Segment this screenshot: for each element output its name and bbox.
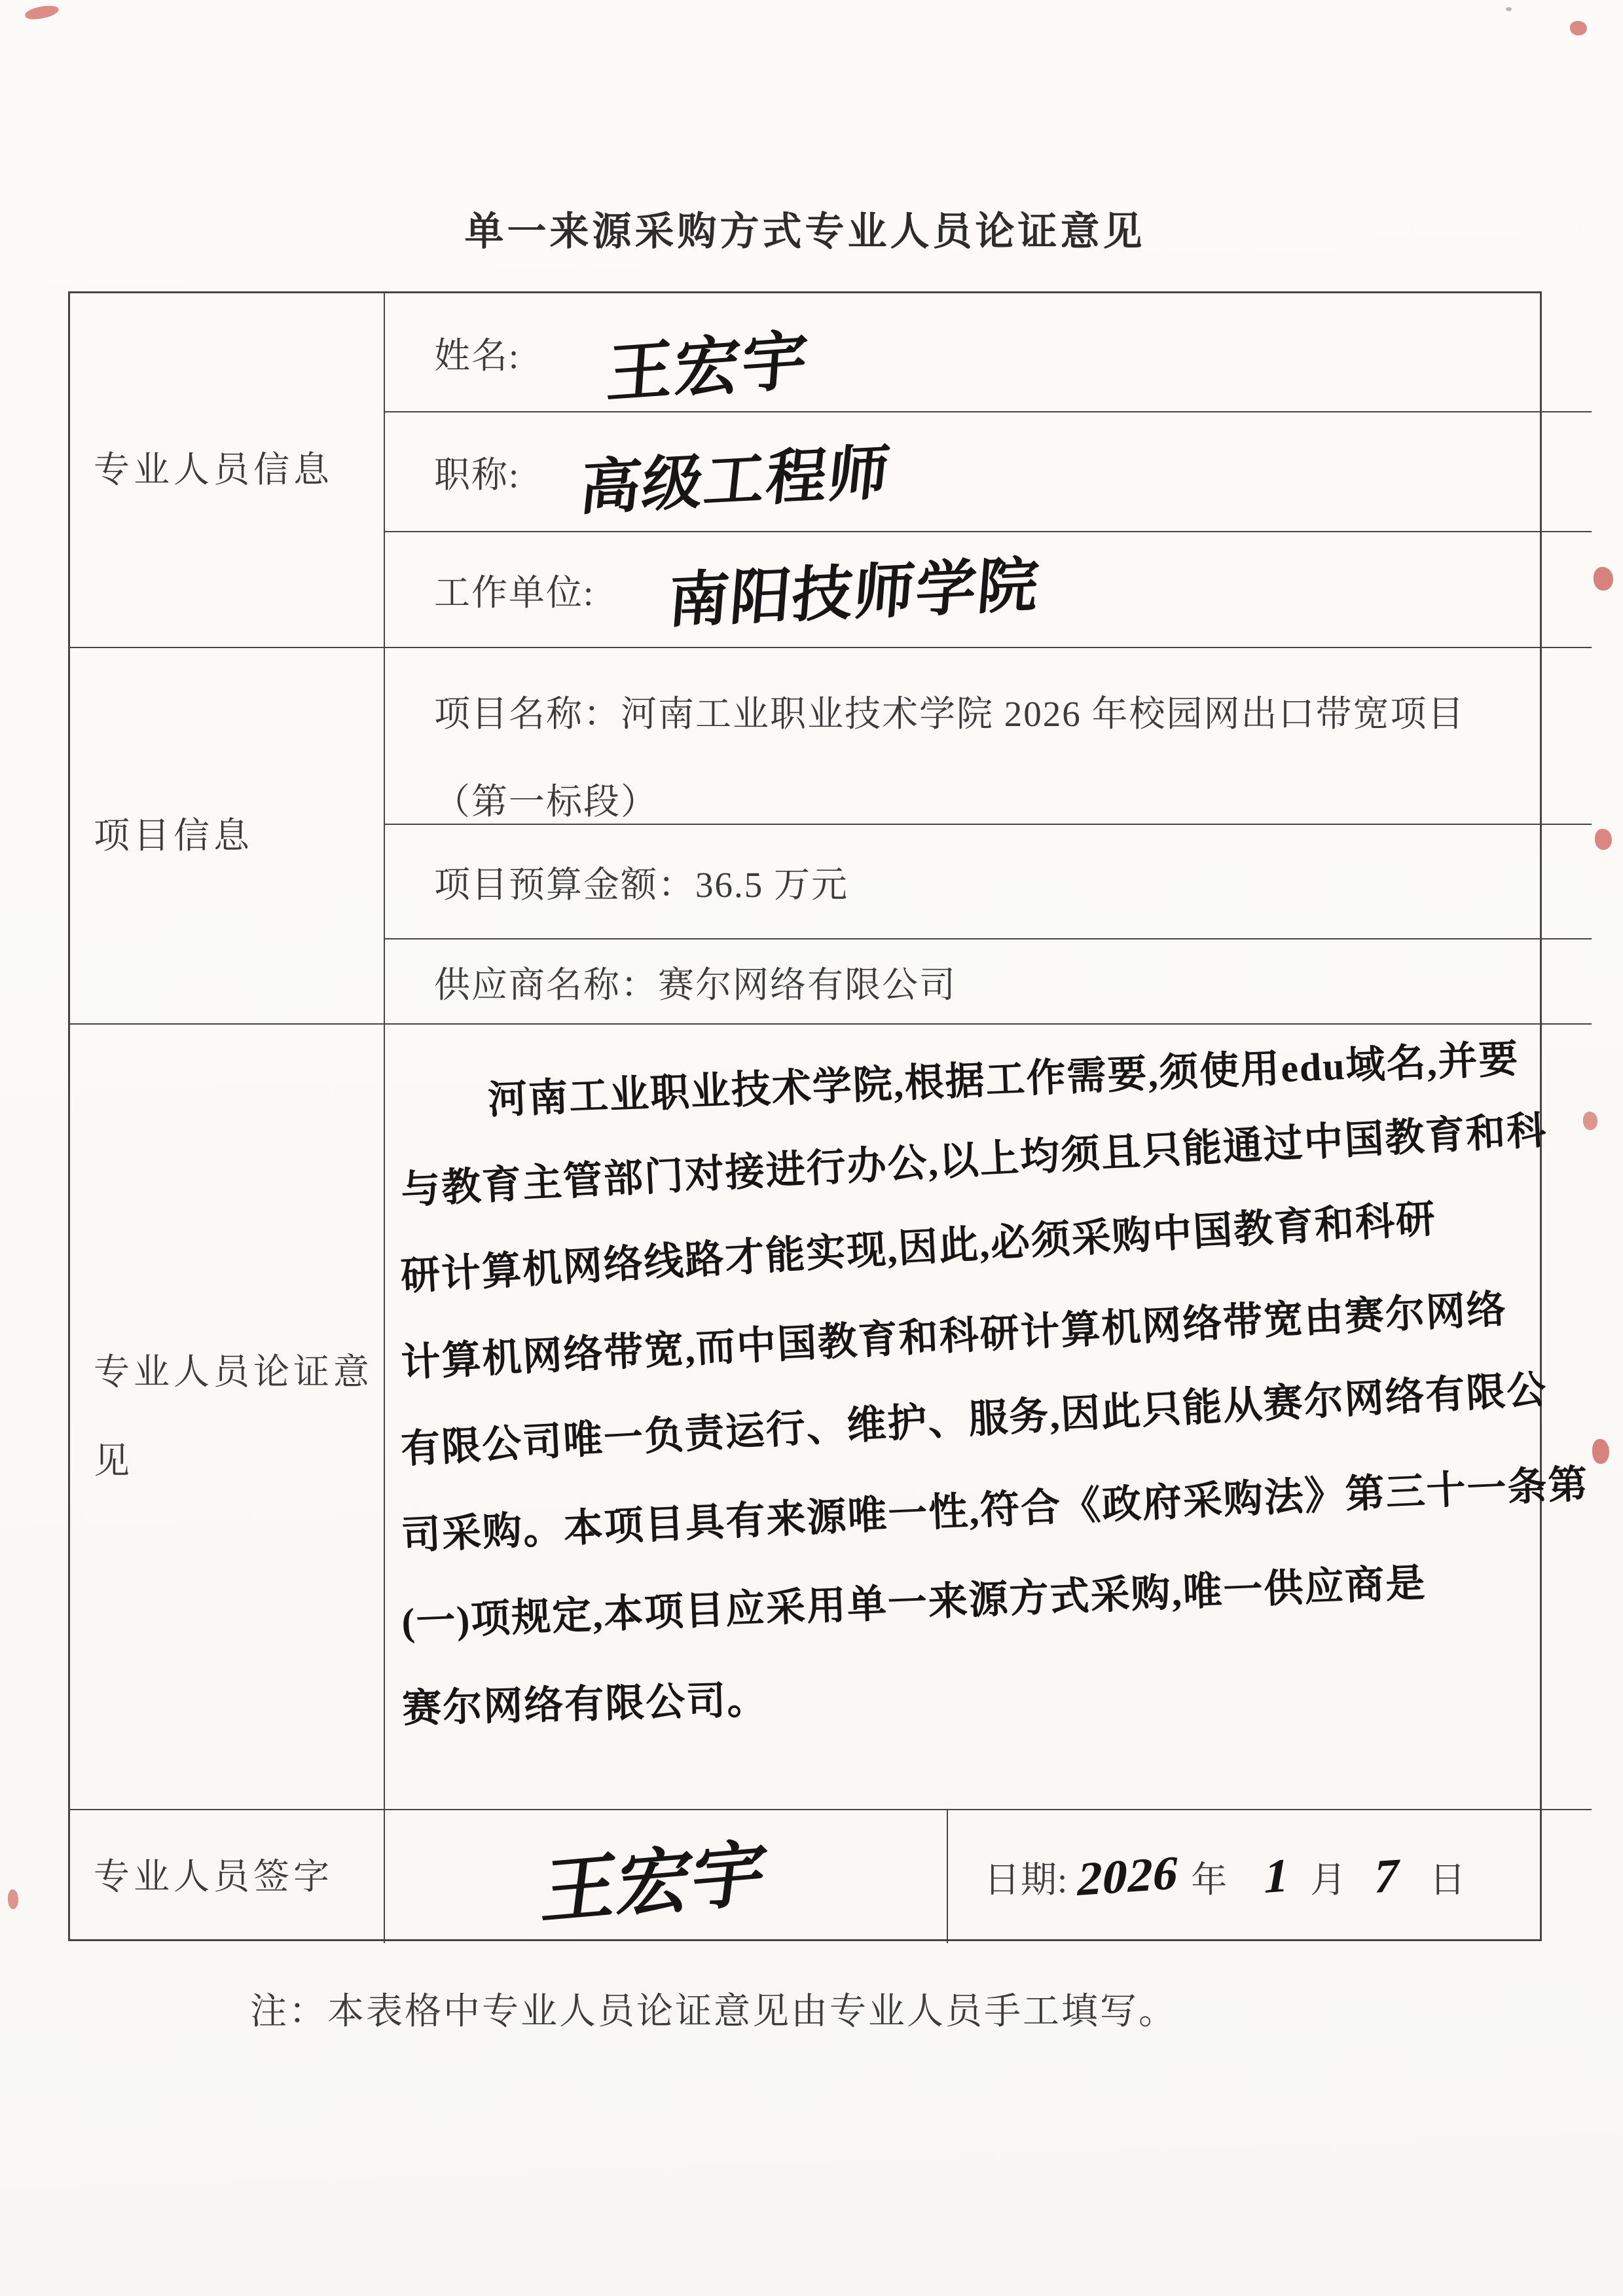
project-name-label: 项目名称： [434, 694, 621, 734]
section-opinion: 专业人员论证意见 [70, 1023, 385, 1809]
row-job-title: 职称: 高级工程师 [385, 411, 1592, 531]
budget-value: 36.5 万元 [695, 856, 848, 907]
opinion-handwritten-text: 河南工业职业技术学院,根据工作需要,须使用edu域名,并要 与教育主管部门对接进… [385, 1023, 1592, 1809]
row-supplier: 供应商名称： 赛尔网络有限公司 [385, 938, 1592, 1023]
work-unit-handwritten-value: 南阳技师学院 [666, 536, 1044, 638]
scan-mark [1583, 1112, 1597, 1130]
form-title: 单一来源采购方式专业人员论证意见 [68, 200, 1542, 257]
row-signature: 王宏宇 日期: 2026 年 1 月 7 日 [385, 1809, 1592, 1943]
scan-mark [1594, 567, 1613, 591]
section-signature-label: 专业人员签字 [94, 1832, 384, 1922]
date-day-handwritten: 7 [1369, 1848, 1404, 1905]
supplier-label: 供应商名称： [434, 956, 658, 1008]
project-name-value: 河南工业职业技术学院 2026 年校园网出口带宽项目 [621, 694, 1465, 734]
scan-mark [24, 3, 60, 22]
name-handwritten-value: 王宏宇 [604, 308, 812, 416]
section-personnel-info: 专业人员信息 [70, 293, 385, 647]
name-label: 姓名: [434, 327, 520, 378]
signature-handwritten: 王宏宇 [537, 1815, 773, 1939]
budget-label: 项目预算金额： [434, 856, 695, 907]
row-project-name: 项目名称：河南工业职业技术学院 2026 年校园网出口带宽项目 （第一标段） [385, 647, 1592, 824]
row-budget: 项目预算金额： 36.5 万元 [385, 824, 1592, 938]
date-cell: 日期: 2026 年 1 月 7 日 [948, 1810, 1592, 1943]
date-year-handwritten: 2026 [1073, 1846, 1184, 1908]
job-title-handwritten-value: 高级工程师 [577, 424, 896, 526]
job-title-label: 职称: [434, 446, 520, 498]
section-opinion-label: 专业人员论证意见 [94, 1328, 384, 1506]
signature-cell: 王宏宇 [385, 1810, 948, 1943]
scan-mark [1570, 21, 1587, 35]
date-day-suffix: 日 [1429, 1851, 1466, 1903]
form-table: 专业人员信息 姓名: 王宏宇 职称: 高级工程师 工作单位: 南阳技师学院 项目… [68, 291, 1542, 1941]
supplier-value: 赛尔网络有限公司 [658, 956, 957, 1008]
project-name-line1: 项目名称：河南工业职业技术学院 2026 年校园网出口带宽项目 [434, 670, 1565, 758]
scan-mark [1595, 829, 1612, 850]
row-name: 姓名: 王宏宇 [385, 293, 1592, 411]
date-label: 日期: [984, 1851, 1068, 1903]
section-project-info-label: 项目信息 [94, 792, 384, 881]
section-project-info: 项目信息 [70, 647, 385, 1023]
scan-speck [1506, 7, 1512, 11]
section-signature: 专业人员签字 [70, 1809, 385, 1943]
scanned-form-page: 单一来源采购方式专业人员论证意见 专业人员信息 姓名: 王宏宇 职称: 高级工程… [0, 0, 1623, 2296]
section-personnel-info-label: 专业人员信息 [94, 426, 384, 515]
row-work-unit: 工作单位: 南阳技师学院 [385, 531, 1592, 647]
date-month-suffix: 月 [1310, 1851, 1347, 1903]
work-unit-label: 工作单位: [434, 564, 594, 615]
footnote: 注：本表格中专业人员论证意见由专业人员手工填写。 [250, 1982, 1177, 2035]
scan-mark [1592, 1439, 1609, 1464]
scan-mark [8, 1889, 18, 1909]
date-year-suffix: 年 [1191, 1851, 1228, 1903]
date-month-handwritten: 1 [1259, 1848, 1294, 1905]
